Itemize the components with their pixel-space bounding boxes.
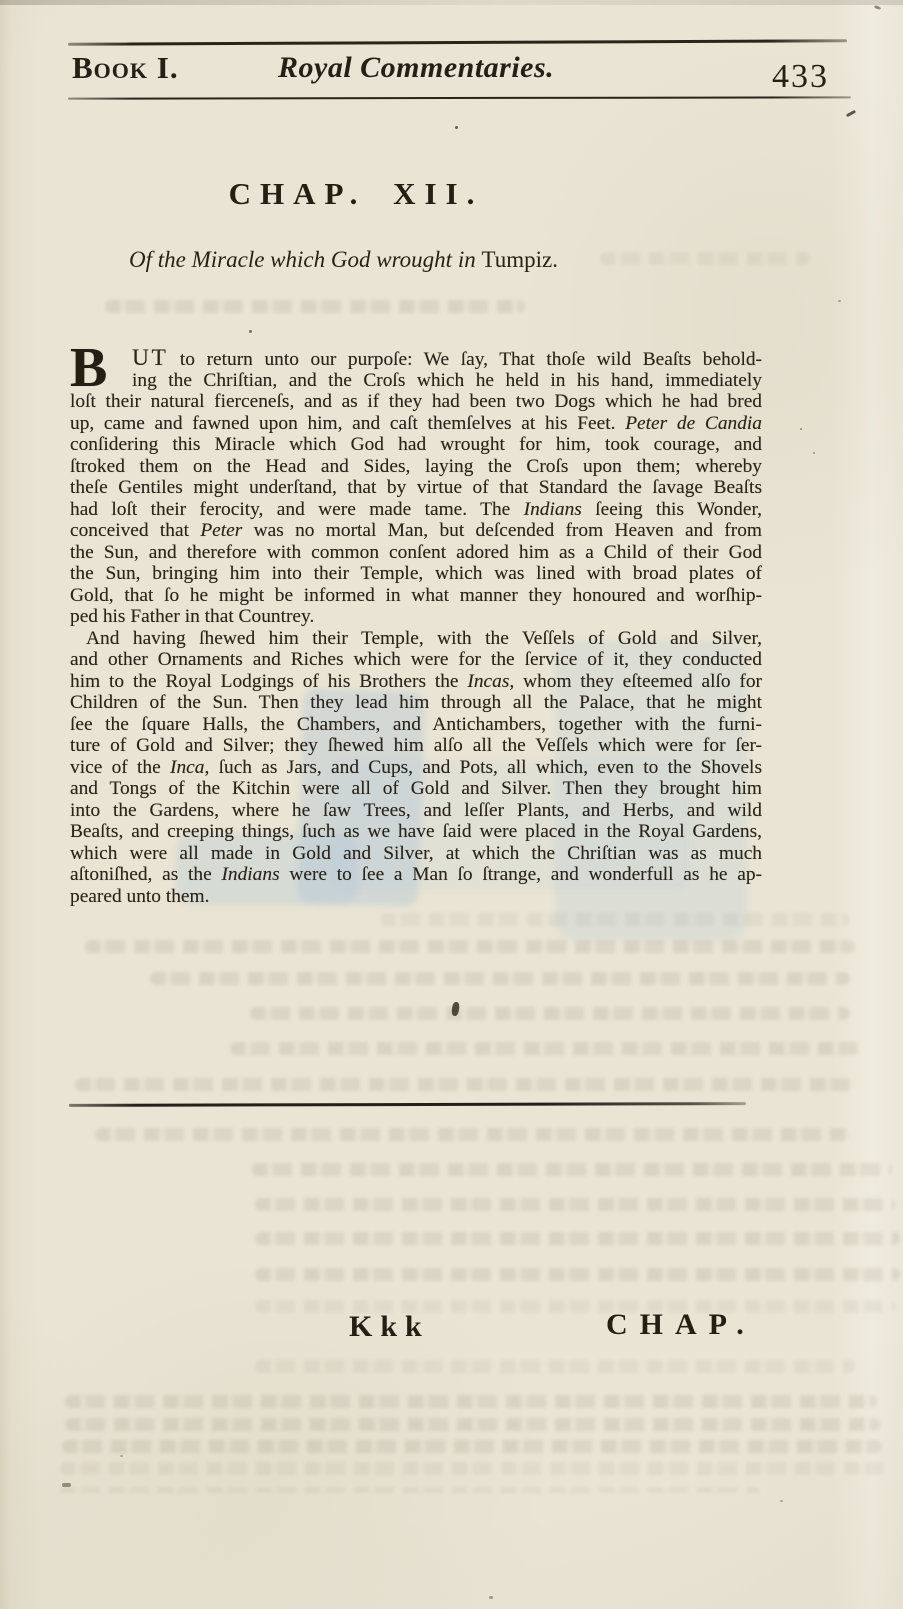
body-line: had loſt their ferocity, and were made t… xyxy=(70,499,762,521)
body-text-run: Gold, that ſo he might be informed in wh… xyxy=(70,585,762,606)
body-line: conſidering this Miracle which God had w… xyxy=(70,434,762,456)
body-line: into the Gardens, where he ſaw Trees, an… xyxy=(70,800,762,822)
running-header-book: Book I. xyxy=(72,50,179,86)
body-text-run: the Sun, bringing him into their Temple,… xyxy=(70,563,762,584)
body-line: peared unto them. xyxy=(70,886,762,908)
body-line: vice of the Inca, ſuch as Jars, and Cups… xyxy=(70,757,762,779)
showthrough-line xyxy=(255,1268,900,1281)
body-text-run: into the Gardens, where he ſaw Trees, an… xyxy=(70,800,762,821)
ink-speck xyxy=(780,1500,783,1502)
body-line: theſe Gentiles might underſtand, that by… xyxy=(70,477,762,499)
body-line: which were all made in Gold and Silver, … xyxy=(70,843,762,865)
body-text-run: ing the Chriſtian, and the Croſs which h… xyxy=(132,370,762,391)
body-italic-text: Inca xyxy=(170,757,204,778)
body-text-run: the Sun, and therefore with common conſe… xyxy=(70,542,762,563)
body-text-run: vice of the xyxy=(70,757,170,778)
body-text: B UT to return unto our purpoſe: We ſay,… xyxy=(70,348,762,907)
body-line: aſtoniſhed, as the Indians were to ſee a… xyxy=(70,864,762,886)
body-text-run: peared unto them. xyxy=(70,886,209,907)
showthrough-line xyxy=(105,300,525,313)
body-line: UT to return unto our purpoſe: We ſay, T… xyxy=(70,348,762,370)
showthrough-line xyxy=(60,1462,890,1475)
showthrough-line xyxy=(255,1232,900,1245)
body-text-run: theſe Gentiles might underſtand, that by… xyxy=(70,477,762,498)
body-text-run: And having ſhewed him their Temple, with… xyxy=(86,628,762,649)
page-number: 433 xyxy=(772,58,829,96)
body-text-run: had loſt their ferocity, and were made t… xyxy=(70,499,524,520)
chapter-subtitle-placename: Tumpiz. xyxy=(481,247,557,272)
body-line: the Sun, and therefore with common conſe… xyxy=(70,542,762,564)
showthrough-line xyxy=(255,1360,855,1373)
showthrough-line xyxy=(252,1163,892,1176)
body-line: And having ſhewed him their Temple, with… xyxy=(70,628,762,650)
showthrough-line xyxy=(250,1007,850,1020)
showthrough-line xyxy=(255,1198,895,1211)
body-italic-text: Peter de Candia xyxy=(625,413,762,434)
ink-speck xyxy=(846,110,856,117)
catchword: CHAP. xyxy=(606,1308,756,1342)
body-text-run: and Tongs of the Kitchin were all of Gol… xyxy=(70,778,762,799)
ink-speck xyxy=(249,330,252,333)
body-line: ſee the ſquare Halls, the Chambers, and … xyxy=(70,714,762,736)
chapter-subtitle: Of the Miracle which God wrought in Tump… xyxy=(70,247,762,273)
body-line: the Sun, bringing him into their Temple,… xyxy=(70,563,762,585)
body-text-run: him to the Royal Lodgings of his Brother… xyxy=(70,671,467,692)
body-line: loſt their natural fierceneſs, and as if… xyxy=(70,391,762,413)
running-header-title: Royal Commentaries. xyxy=(278,51,554,85)
drop-cap: B xyxy=(70,343,107,393)
body-line: up, came and fawned upon him, and caſt t… xyxy=(70,413,762,435)
body-line: Gold, that ſo he might be informed in wh… xyxy=(70,585,762,607)
body-text-run: Children of the Sun. Then they lead him … xyxy=(70,692,762,713)
book-page: Book I. Royal Commentaries. 433 CHAP. XI… xyxy=(0,0,903,1609)
body-text-run: conſidering this Miracle which God had w… xyxy=(70,434,762,455)
body-italic-text: Incas xyxy=(467,671,509,692)
body-line: conceived that Peter was no mortal Man, … xyxy=(70,520,762,542)
body-text-run: UT xyxy=(132,345,168,371)
body-text-run: which were all made in Gold and Silver, … xyxy=(70,843,762,864)
body-text-run: Beaſts, and creeping things, ſuch as we … xyxy=(70,821,762,842)
showthrough-line xyxy=(230,1042,860,1055)
ink-speck xyxy=(455,126,458,129)
body-italic-text: Indians xyxy=(524,499,582,520)
showthrough-line xyxy=(65,1395,877,1408)
body-text-run: and other Ornaments and Riches which wer… xyxy=(70,649,762,670)
body-line: and other Ornaments and Riches which wer… xyxy=(70,649,762,671)
body-text-run: aſtoniſhed, as the xyxy=(70,864,221,885)
page-edge-shadow xyxy=(0,0,903,5)
ink-speck xyxy=(874,5,882,10)
signature-mark: Kkk xyxy=(349,1310,430,1344)
ink-speck xyxy=(62,1483,71,1487)
ink-speck xyxy=(120,1455,123,1457)
chapter-heading: CHAP. XII. xyxy=(70,176,762,212)
showthrough-line xyxy=(62,1440,882,1453)
showthrough-line xyxy=(60,1487,760,1493)
showthrough-line xyxy=(75,1078,855,1091)
body-text-run: ped his Father in that Countrey. xyxy=(70,606,314,627)
showthrough-line xyxy=(150,972,850,985)
body-line: ture of Gold and Silver; they ſhewed him… xyxy=(70,735,762,757)
body-line: ped his Father in that Countrey. xyxy=(70,606,762,628)
body-text-run: ſtroked them on the Head and Sides, layi… xyxy=(70,456,762,477)
body-line: Beaſts, and creeping things, ſuch as we … xyxy=(70,821,762,843)
body-text-run: , ſuch as Jars, and Cups, and Pots, all … xyxy=(204,757,762,778)
section-end-rule xyxy=(69,1102,746,1107)
ink-speck xyxy=(838,300,841,302)
header-top-rule xyxy=(68,39,847,45)
showthrough-line xyxy=(380,913,850,926)
body-text-run: were to ſee a Man ſo ſtrange, and wonder… xyxy=(280,864,762,885)
showthrough-line xyxy=(85,940,855,953)
chapter-subtitle-italic: Of the Miracle which God wrought in xyxy=(129,247,481,272)
body-text-run: loſt their natural fierceneſs, and as if… xyxy=(70,391,762,412)
ink-speck xyxy=(489,1596,493,1599)
body-line: and Tongs of the Kitchin were all of Gol… xyxy=(70,778,762,800)
body-line: Children of the Sun. Then they lead him … xyxy=(70,692,762,714)
body-italic-text: Indians xyxy=(221,864,279,885)
body-line: him to the Royal Lodgings of his Brother… xyxy=(70,671,762,693)
body-text-run: to return unto our purpoſe: We ſay, That… xyxy=(168,349,762,370)
body-text-run: ture of Gold and Silver; they ſhewed him… xyxy=(70,735,762,756)
body-line: ſtroked them on the Head and Sides, layi… xyxy=(70,456,762,478)
body-text-run: , whom they eſteemed alſo for xyxy=(509,671,762,692)
body-text-run: up, came and fawned upon him, and caſt t… xyxy=(70,413,625,434)
ink-speck xyxy=(813,452,815,454)
body-text-run: conceived that xyxy=(70,520,200,541)
showthrough-line xyxy=(65,1418,880,1431)
body-text-run: was no mortal Man, but deſcended from He… xyxy=(242,520,762,541)
body-text-run: ſeeing this Wonder, xyxy=(582,499,762,520)
ink-speck xyxy=(800,428,802,430)
header-bottom-rule xyxy=(68,96,851,99)
body-line: ing the Chriſtian, and the Croſs which h… xyxy=(70,370,762,392)
body-text-run: ſee the ſquare Halls, the Chambers, and … xyxy=(70,714,762,735)
showthrough-line xyxy=(95,1128,850,1141)
body-italic-text: Peter xyxy=(200,520,242,541)
